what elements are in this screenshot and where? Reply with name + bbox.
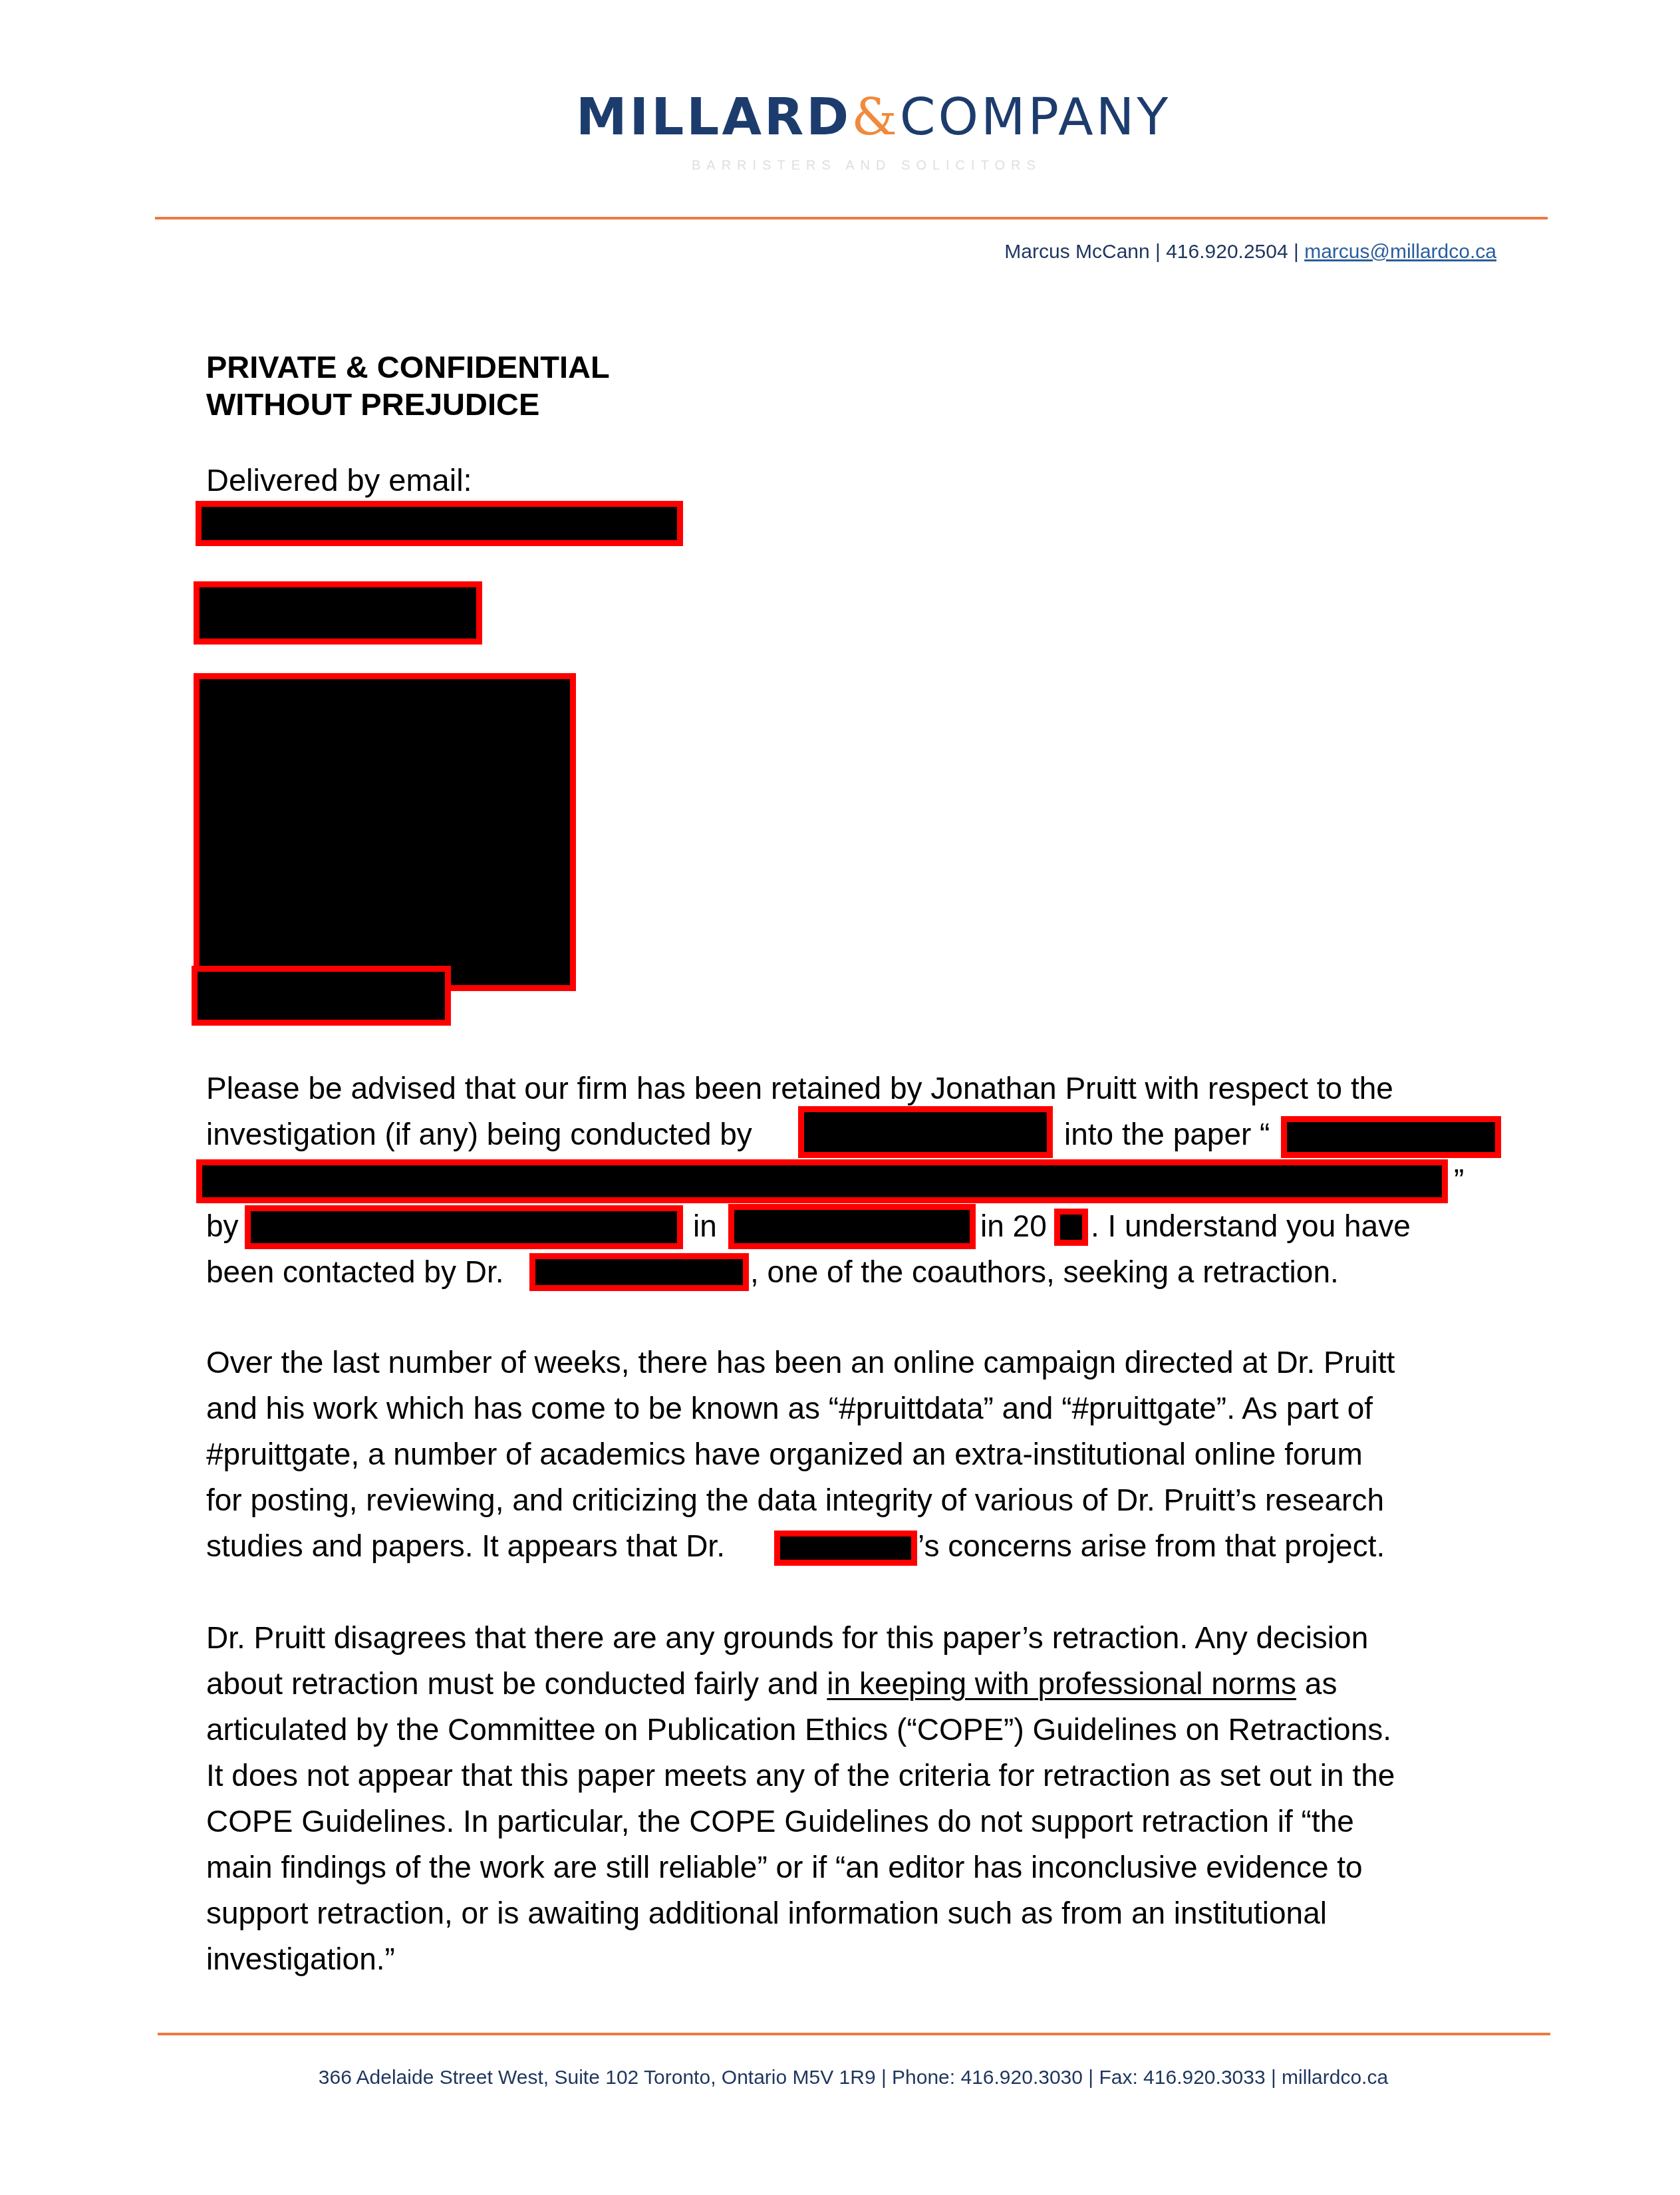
p1-line-5a: been contacted by Dr.	[206, 1249, 504, 1295]
heading-line-2: WITHOUT PREJUDICE	[206, 386, 610, 423]
header-divider	[155, 217, 1548, 219]
delivery-label: Delivered by email:	[206, 462, 472, 499]
redaction-paper-title-rest	[196, 1159, 1448, 1203]
redaction-investigating-body	[798, 1106, 1053, 1158]
sender-email-link[interactable]: marcus@millardco.ca	[1304, 241, 1496, 263]
redaction-coauthor-name	[529, 1253, 749, 1291]
logo-company: COMPANY	[900, 88, 1171, 147]
p1-line-2b: into the paper “	[1064, 1111, 1270, 1157]
p2-line-2: and his work which has come to be known …	[206, 1386, 1373, 1431]
logo-ampersand: &	[851, 88, 900, 147]
redaction-salutation	[192, 966, 451, 1026]
p1-line-4a: by	[206, 1203, 239, 1249]
redaction-recipient-email	[196, 501, 683, 546]
p2-line-5a: studies and papers. It appears that Dr.	[206, 1523, 725, 1569]
p3-line-3: articulated by the Committee on Publicat…	[206, 1707, 1391, 1753]
p3-line-6: main findings of the work are still reli…	[206, 1844, 1363, 1890]
footer-divider	[158, 2033, 1550, 2035]
p1-line-4d: . I understand you have	[1091, 1203, 1411, 1249]
p3-line-7: support retraction, or is awaiting addit…	[206, 1890, 1327, 1936]
firm-address-footer: 366 Adelaide Street West, Suite 102 Toro…	[0, 2067, 1680, 2089]
p3-line-2b: as	[1296, 1666, 1337, 1701]
sender-contact-line: Marcus McCann | 416.920.2504 | marcus@mi…	[1004, 241, 1496, 263]
footer-address-text: 366 Adelaide Street West, Suite 102 Toro…	[292, 2067, 1388, 2089]
redaction-year	[1054, 1209, 1088, 1246]
p3-line-5: COPE Guidelines. In particular, the COPE…	[206, 1799, 1354, 1844]
p1-line-2a: investigation (if any) being conducted b…	[206, 1111, 752, 1157]
sender-name-phone: Marcus McCann | 416.920.2504 |	[1004, 241, 1304, 263]
heading-line-1: PRIVATE & CONFIDENTIAL	[206, 349, 610, 386]
logo-millard: MILLARD	[576, 88, 851, 147]
p2-line-4: for posting, reviewing, and criticizing …	[206, 1477, 1384, 1523]
p2-line-1: Over the last number of weeks, there has…	[206, 1340, 1395, 1386]
p3-line-1: Dr. Pruitt disagrees that there are any …	[206, 1615, 1368, 1661]
redaction-paper-title-start	[1281, 1116, 1501, 1158]
p3-underlined-phrase: in keeping with professional norms	[827, 1666, 1296, 1701]
redaction-recipient-address	[194, 673, 576, 991]
p3-line-8: investigation.”	[206, 1936, 395, 1982]
p2-line-3: #pruittgate, a number of academics have …	[206, 1431, 1363, 1477]
p1-line-4b: in	[693, 1203, 717, 1249]
redaction-coauthor-name-2	[774, 1531, 917, 1566]
p1-line-5b: , one of the coauthors, seeking a retrac…	[750, 1249, 1339, 1295]
firm-logo: MILLARD&COMPANY	[576, 92, 1171, 143]
confidentiality-heading: PRIVATE & CONFIDENTIAL WITHOUT PREJUDICE	[206, 349, 610, 423]
p2-line-5b: ’s concerns arise from that project.	[918, 1523, 1385, 1569]
redaction-recipient-name	[194, 581, 482, 645]
redaction-journal	[728, 1204, 976, 1249]
p1-closing-quote: ”	[1454, 1157, 1464, 1203]
p1-line-4c: in 20	[980, 1203, 1047, 1249]
p3-line-2a: about retraction must be conducted fairl…	[206, 1666, 827, 1701]
redaction-authors	[245, 1205, 683, 1249]
p3-line-4: It does not appear that this paper meets…	[206, 1753, 1395, 1799]
p1-line-1: Please be advised that our firm has been…	[206, 1066, 1393, 1111]
firm-tagline: BARRISTERS AND SOLICITORS	[692, 158, 1042, 174]
